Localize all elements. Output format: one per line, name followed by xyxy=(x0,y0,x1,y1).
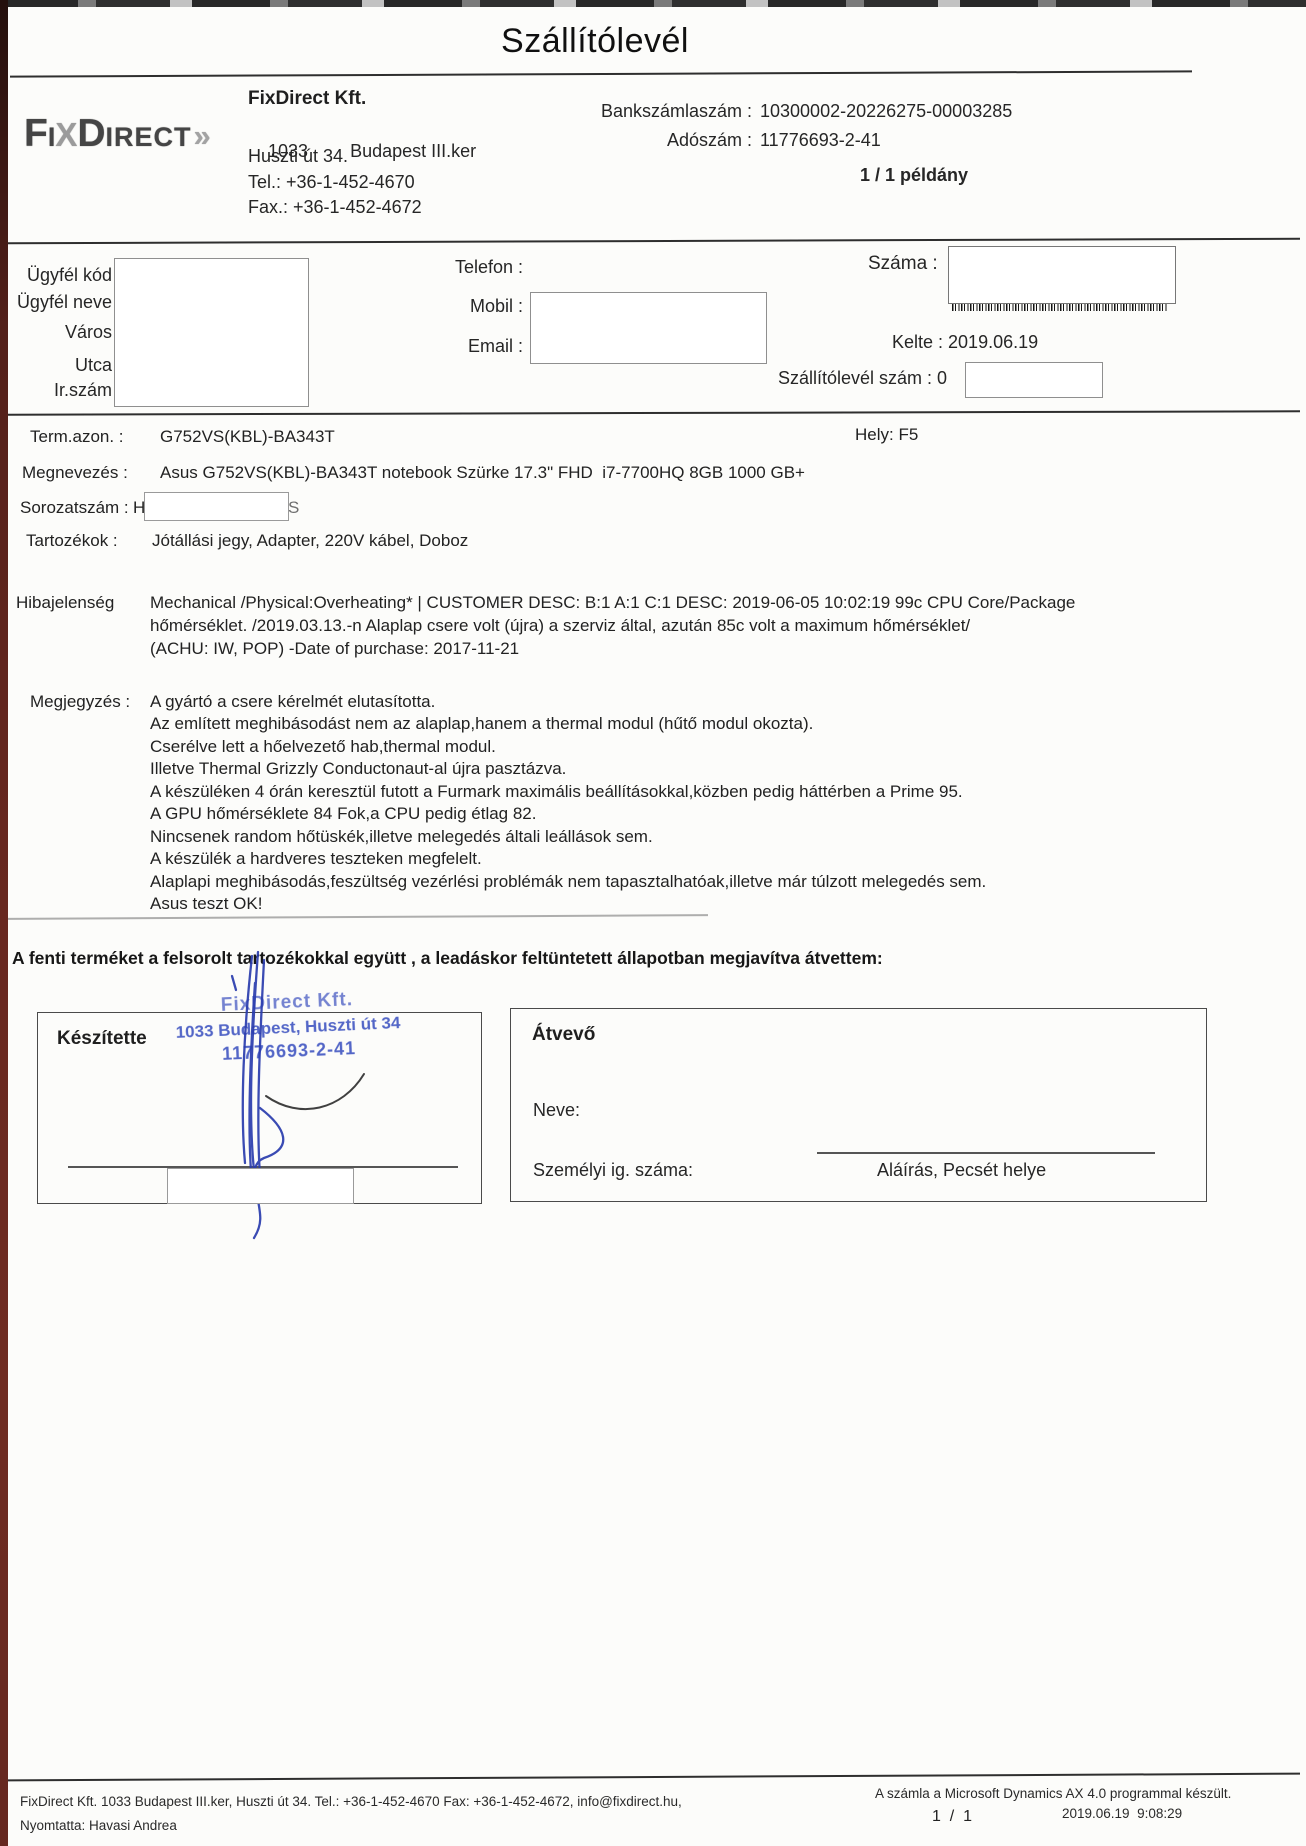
logo-letter-x: X xyxy=(55,116,77,153)
alairas-line xyxy=(817,1152,1155,1154)
footer-page-number: 1 / 1 xyxy=(932,1808,972,1826)
customer-zip-label: Ir.szám : xyxy=(0,380,122,401)
scanned-delivery-note: Szállítólevél FIXDIRECT» FixDirect Kft. … xyxy=(0,0,1306,1846)
company-tel: Tel.: +36-1-452-4670 xyxy=(248,172,415,193)
szallitolevel-szam-redaction-box xyxy=(965,362,1103,398)
szama-label: Száma : xyxy=(868,253,938,275)
customer-name-label: Ügyfél neve : xyxy=(0,292,122,313)
mobil-label: Mobil : xyxy=(400,296,523,317)
remarks-line: Alaplapi meghibásodás,feszültség vezérlé… xyxy=(150,872,986,892)
customer-code-label: Ügyfél kód : xyxy=(0,265,122,286)
remarks-line: A készülék a hardveres teszteken megfele… xyxy=(150,849,482,869)
footer-datetime: 2019.06.19 9:08:29 xyxy=(1062,1806,1182,1821)
fault-line: Mechanical /Physical:Overheating* | CUST… xyxy=(150,593,1075,613)
name-redaction-box xyxy=(167,1168,354,1204)
section-divider-header xyxy=(8,238,1300,245)
tax-number-label: Adószám : xyxy=(560,130,752,151)
telefon-label: Telefon : xyxy=(400,257,523,278)
logo-letter: F xyxy=(24,112,48,155)
remarks-line: Cserélve lett a hőelvezető hab,thermal m… xyxy=(150,737,496,757)
sorozatszam-label: Sorozatszám : xyxy=(20,498,129,518)
term-azon-value: G752VS(KBL)-BA343T xyxy=(160,427,335,447)
alairas-pecset-label: Aláírás, Pecsét helye xyxy=(877,1160,1046,1181)
remarks-line: A GPU hőmérséklete 84 Fok,a CPU pedig ét… xyxy=(150,804,536,824)
remarks-line: Az említett meghibásodást nem az alaplap… xyxy=(150,714,813,734)
company-name: FixDirect Kft. xyxy=(248,88,366,110)
barcode xyxy=(952,304,1168,311)
megnevezes-value: Asus G752VS(KBL)-BA343T notebook Szürke … xyxy=(160,463,805,483)
tartozekok-value: Jótállási jegy, Adapter, 220V kábel, Dob… xyxy=(152,531,468,551)
company-city: Budapest III.ker xyxy=(350,141,476,161)
tartozekok-label: Tartozékok : xyxy=(26,531,118,551)
section-divider-product xyxy=(8,410,1300,415)
keszitette-label: Készítette xyxy=(57,1028,147,1050)
fixdirect-logo: FIXDIRECT» xyxy=(24,112,211,156)
footer-company-line: FixDirect Kft. 1033 Budapest III.ker, Hu… xyxy=(20,1794,682,1809)
footer-printed-by: Nyomtatta: Havasi Andrea xyxy=(20,1818,177,1833)
customer-street-label: Utca : xyxy=(0,355,122,376)
fault-label: Hibajelenség xyxy=(16,593,114,613)
company-fax: Fax.: +36-1-452-4672 xyxy=(248,197,422,218)
szallitolevel-szam-label: Szállítólevél szám : 0 xyxy=(778,368,947,389)
szemelyi-ig-label: Személyi ig. száma: xyxy=(533,1160,693,1181)
chevron-right-icon: » xyxy=(194,118,211,153)
remarks-line: A készüléken 4 órán keresztül futott a F… xyxy=(150,782,963,802)
fault-line: (ACHU: IW, POP) -Date of purchase: 2017-… xyxy=(150,639,519,659)
bank-account-label: Bankszámlaszám : xyxy=(560,101,752,122)
customer-data-redaction-box xyxy=(114,258,309,407)
logo-letter: D xyxy=(77,112,105,155)
tax-number-value: 11776693-2-41 xyxy=(760,130,881,151)
company-street: Huszti út 34. xyxy=(248,146,348,167)
title-underline xyxy=(10,70,1192,77)
bank-account-value: 10300002-20226275-00003285 xyxy=(760,101,1012,122)
email-label: Email : xyxy=(400,336,523,357)
scan-top-artifact xyxy=(0,0,1306,7)
copy-count: 1 / 1 példány xyxy=(860,165,968,186)
remarks-end-line xyxy=(8,914,708,920)
sorozatszam-redaction-box xyxy=(144,492,289,521)
fault-line: hőmérséklet. /2019.03.13.-n Alaplap cser… xyxy=(150,616,970,636)
neve-label: Neve: xyxy=(533,1100,580,1121)
footer-divider xyxy=(8,1773,1300,1782)
atvevo-label: Átvevő xyxy=(532,1024,595,1046)
szama-redaction-box xyxy=(948,246,1176,304)
megnevezes-label: Megnevezés : xyxy=(22,463,128,483)
remarks-line: Nincsenek random hőtüskék,illetve melege… xyxy=(150,827,653,847)
footer-software-note: A számla a Microsoft Dynamics AX 4.0 pro… xyxy=(875,1786,1185,1801)
kelte-value: Kelte : 2019.06.19 xyxy=(892,332,1038,353)
remarks-line: A gyártó a csere kérelmét elutasította. xyxy=(150,692,435,712)
handover-statement: A fenti terméket a felsorolt tartozékokk… xyxy=(12,948,883,969)
sorozatszam-tail-glyph: S xyxy=(288,498,299,518)
logo-letters: IRECT xyxy=(106,122,192,152)
customer-city-label: Város : xyxy=(0,322,122,343)
remarks-label: Megjegyzés : xyxy=(30,692,130,712)
remarks-line: Asus teszt OK! xyxy=(150,894,262,914)
remarks-line: Illetve Thermal Grizzly Conductonaut-al … xyxy=(150,759,566,779)
page-title: Szállítólevél xyxy=(0,22,1190,61)
hely-value: Hely: F5 xyxy=(855,425,918,445)
term-azon-label: Term.azon. : xyxy=(30,427,124,447)
contact-data-redaction-box xyxy=(530,292,767,364)
